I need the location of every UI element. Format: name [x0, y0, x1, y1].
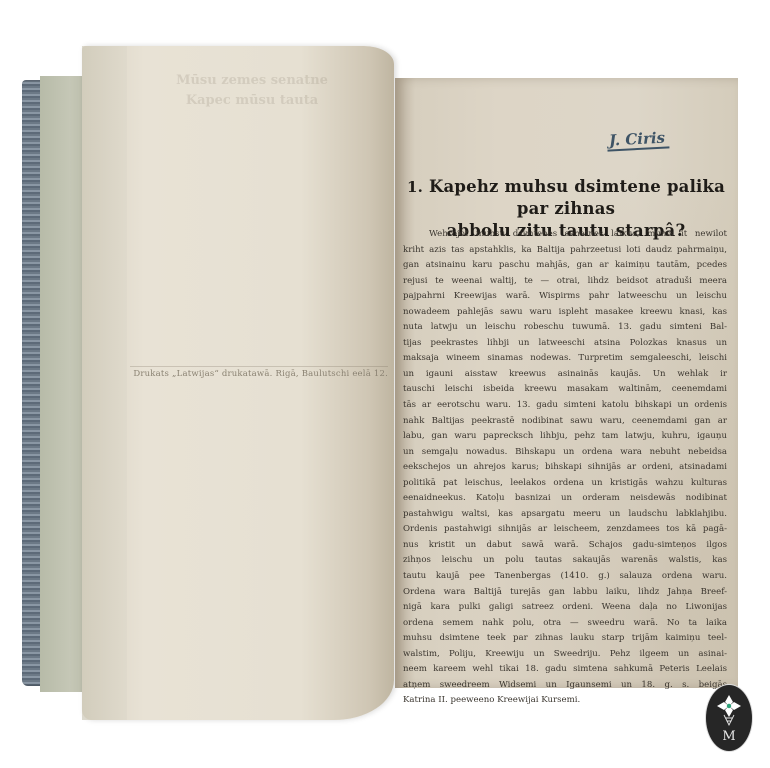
ghost-title-line: Kapec mūsu tauta: [142, 91, 362, 111]
body-text-line: Ordena wara Baltijā turejās gan labbu la…: [403, 585, 727, 601]
body-text-line: gan atsinainu karu paschu mahjās, gan ar…: [403, 258, 727, 274]
body-text-line: pajpahrni Kreewijas warā. Wispirms pahr …: [403, 289, 727, 305]
body-text-line: tauschi leischi isbeida kreewu masakam w…: [403, 382, 727, 398]
body-text-line: Katrina II. peeweeno Kreewijai Kursemi.: [403, 693, 727, 709]
body-text-line: un igauni aisstaw kreewus asinainās kauj…: [403, 367, 727, 383]
chapter-number: 1.: [407, 178, 423, 196]
body-text-line: nuta latwju un leischu robeschu tuwumā. …: [403, 320, 727, 336]
watermark-badge: M: [706, 685, 752, 751]
body-text-line: kriht azis tas apstahklis, ka Baltija pa…: [403, 243, 727, 259]
show-through-title: Mūsu zemes senatne Kapec mūsu tauta: [142, 71, 362, 111]
body-text-line: ordena semem nahk polu, otra — sweedru w…: [403, 616, 727, 632]
body-text-line: zihņos leischu un polu tautas sakaujās w…: [403, 553, 727, 569]
body-text-line: walstim, Poliju, Kreewiju un Sweedriju. …: [403, 647, 727, 663]
monogram-icon: M: [706, 685, 752, 751]
body-text-line: eekschejos un ahrejos karus; bihskapi si…: [403, 460, 727, 476]
left-page-fold: [82, 46, 127, 720]
right-page: J. Ciris 1. Kapehz muhsu dsimtene palika…: [395, 78, 738, 688]
body-text-line: un semgaļu nowadus. Bihskapu un ordena w…: [403, 445, 727, 461]
svg-text:M: M: [722, 729, 735, 744]
body-text-line: politikā pat leischus, leelakos ordena u…: [403, 476, 727, 492]
left-page: Mūsu zemes senatne Kapec mūsu tauta Druk…: [82, 46, 394, 720]
body-text-line: nus kristit un dabut sawā warā. Schajos …: [403, 538, 727, 554]
body-text-line: Wehrojot muhsu dsimtenes senatnes laikus…: [403, 227, 727, 243]
body-text-line: Ordenis pastahwigi sihnijās ar leischeem…: [403, 522, 727, 538]
owner-signature: J. Ciris: [607, 128, 670, 151]
body-text-line: tās ar eerotschu waru. 13. gadu simteni …: [403, 398, 727, 414]
body-text-line: nigā kara pulki galigi satreez ordeni. W…: [403, 600, 727, 616]
printer-imprint: Drukats „Latwijas“ drukatawā. Rigā, Baul…: [130, 366, 388, 379]
body-text-line: maksaja wineem sinamas nodewas. Turpreti…: [403, 351, 727, 367]
body-text-line: muhsu dsimtene teek par zihnas lauku sta…: [403, 631, 727, 647]
body-text-line: nahk Baltijas peekrastē nodibinat sawu w…: [403, 414, 727, 430]
body-text-line: nowadeem pahlejās sawu waru ispleht masa…: [403, 305, 727, 321]
body-text-line: eenaidneekus. Katoļu basnizai un orderam…: [403, 491, 727, 507]
book-photo: Mūsu zemes senatne Kapec mūsu tauta Druk…: [0, 0, 770, 768]
body-text-line: neem kareem wehl tikai 18. gadu simtena …: [403, 662, 727, 678]
body-text-line: tautu kaujā pee Tanenbergas (1410. g.) s…: [403, 569, 727, 585]
chapter-body-text: Wehrojot muhsu dsimtenes senatnes laikus…: [403, 227, 727, 709]
ghost-title-line: Mūsu zemes senatne: [142, 71, 362, 91]
chapter-title-line-1: 1. Kapehz muhsu dsimtene palika par zihn…: [401, 176, 731, 220]
body-text-line: rejusi te weenai waltij, te — otrai, lih…: [403, 274, 727, 290]
body-text-line: atņem sweedreem Widsemi un Igaunsemi un …: [403, 678, 727, 694]
body-text-line: tijas peekrastes lihbji un latweeschi at…: [403, 336, 727, 352]
body-text-line: pastahwigu waltsi, kas apsargatu meeru u…: [403, 507, 727, 523]
body-text-line: labu, gan waru paprecksch lihbju, pehz t…: [403, 429, 727, 445]
